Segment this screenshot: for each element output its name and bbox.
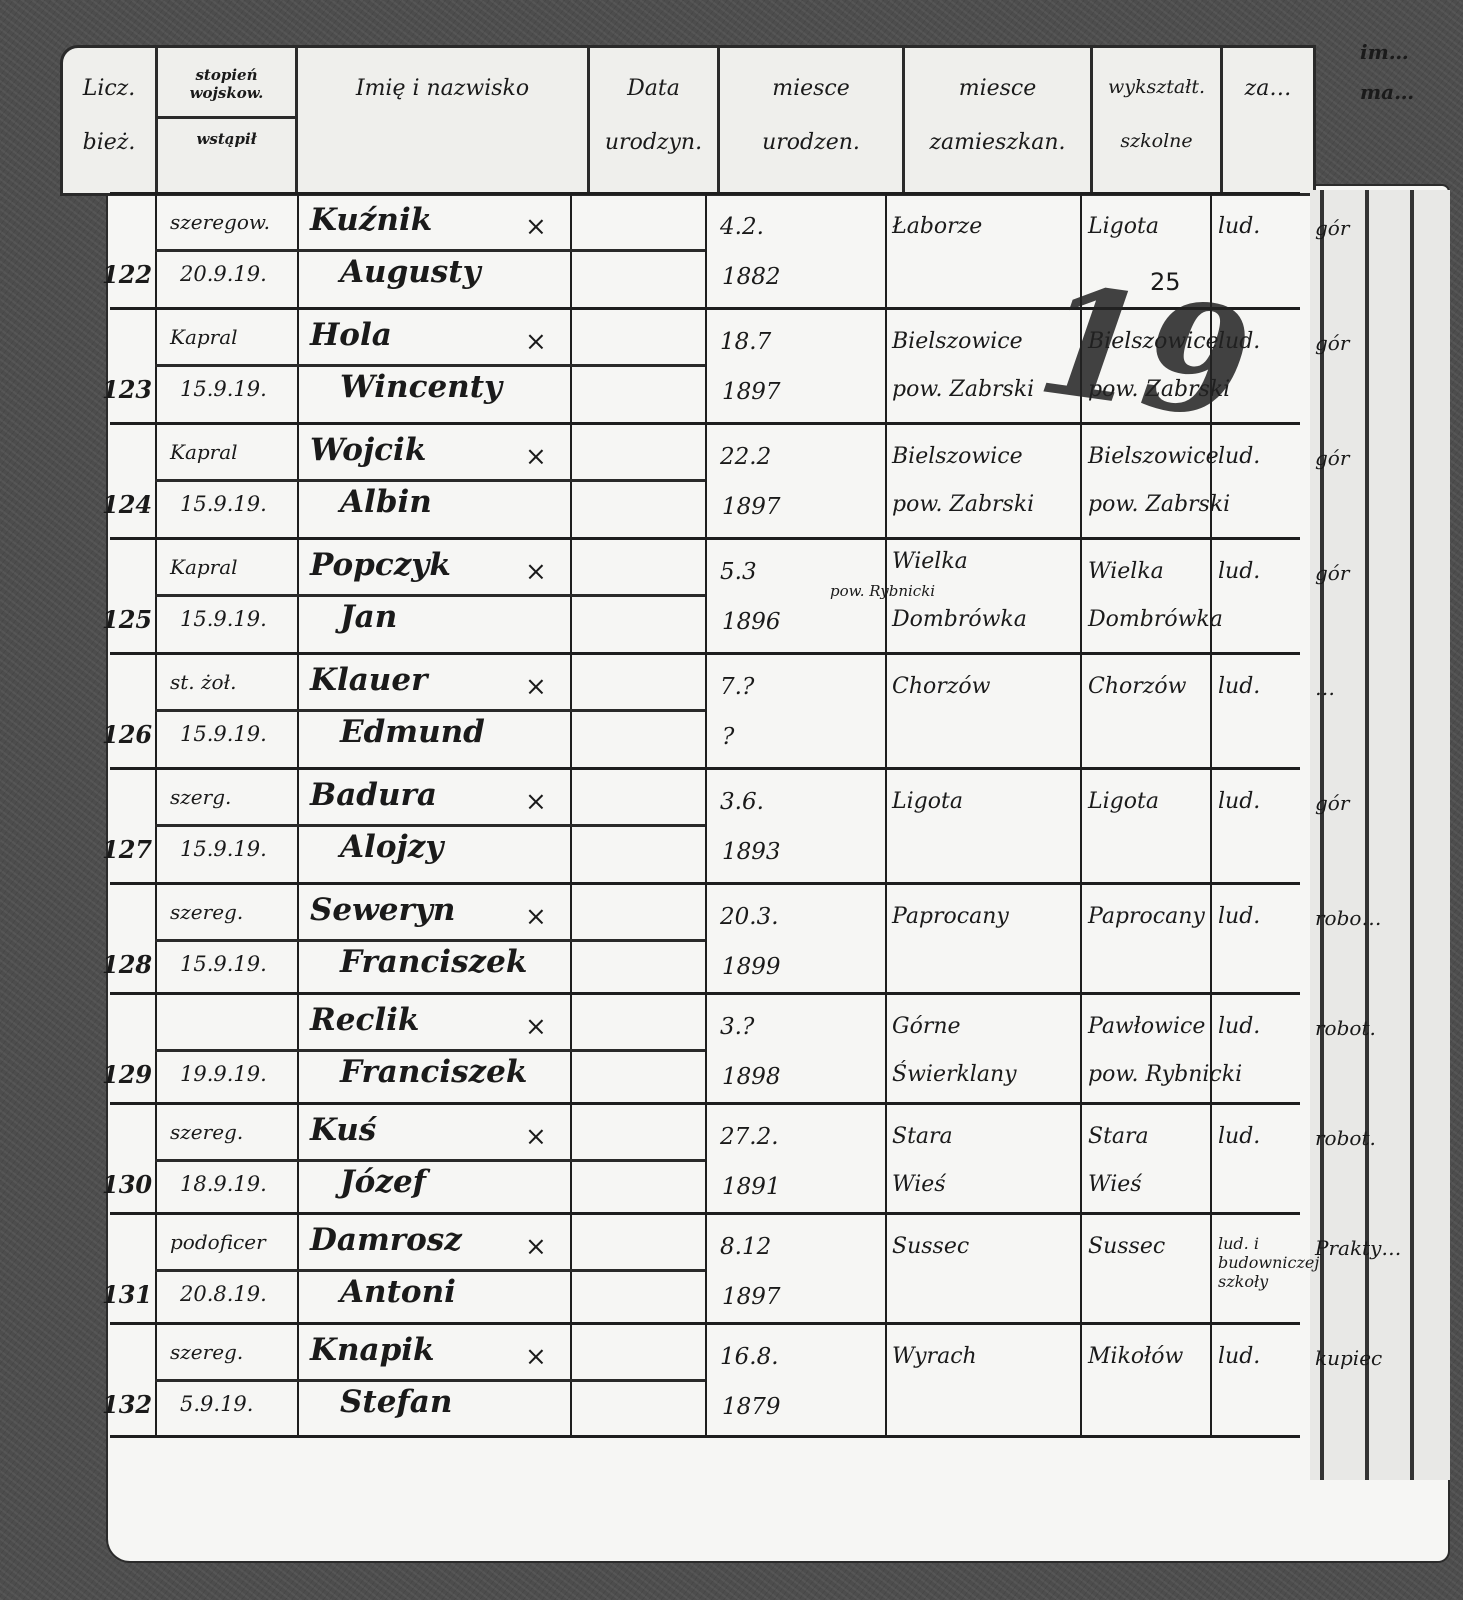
header-col-birthdate: Data urodzyn. [590,48,720,193]
enlistment-date: 15.9.19. [180,722,267,746]
birth-day: 3.6. [720,789,764,815]
row-number: 123 [102,375,152,404]
cross-mark: × [525,327,547,357]
birth-day: 7.? [720,674,754,700]
birthplace-line: pow. Zabrski [892,377,1034,402]
birth-year: 1896 [722,609,781,635]
cross-mark: × [525,1012,547,1042]
birth-year: 1898 [722,1064,781,1090]
cross-mark: × [525,787,547,817]
cross-mark: × [525,672,547,702]
occupation: gór [1315,331,1349,355]
row-number: 126 [102,720,152,749]
given-name: Stefan [340,1384,452,1420]
header-col-rank: stopień wojskow. wstąpił [158,48,298,193]
birth-day: 4.2. [720,214,764,240]
occupation: kupiec [1315,1346,1382,1370]
birthplace-line: pow. Zabrski [892,492,1034,517]
occupation: gór [1315,791,1349,815]
birth-year: 1891 [722,1174,781,1200]
surname: Seweryn [310,892,455,928]
birth-day: 27.2. [720,1124,779,1150]
surname: Badura [310,777,437,813]
row-number: 131 [102,1280,152,1309]
occupation: gór [1315,561,1349,585]
birth-year: 1893 [722,839,781,865]
residence-line: pow. Rybnicki [1088,1062,1242,1087]
table-bottom-rule [110,1435,1300,1438]
given-name: Franciszek [340,944,527,980]
military-rank: szereg. [170,900,243,924]
row-number: 122 [102,260,152,289]
birth-year: 1897 [722,1284,781,1310]
birth-day: 16.8. [720,1344,779,1370]
cross-mark: × [525,1232,547,1262]
header-col-number: Licz. bież. [63,48,158,193]
birth-day: 22.2 [720,444,771,470]
military-rank: st. żoł. [170,670,236,694]
enlistment-date: 19.9.19. [180,1062,267,1086]
military-rank: szeregow. [170,210,270,234]
residence-line: pow. Zabrski [1088,492,1230,517]
residence-line: Chorzów [1088,674,1186,699]
occupation: gór [1315,216,1349,240]
margin-note: 25 [1150,268,1181,296]
given-name: Antoni [340,1274,456,1310]
table-row: 127szerg.15.9.19.Badura×Alojzy3.6.1893Li… [110,767,1300,880]
given-name: Augusty [340,254,481,290]
birthplace-line: Wieś [892,1172,946,1197]
occupation: robot. [1315,1126,1376,1150]
table-row: 126st. żoł.15.9.19.Klauer×Edmund7.??Chor… [110,652,1300,765]
given-name: Franciszek [340,1054,527,1090]
given-name: Jan [340,599,397,635]
military-rank: Kapral [170,325,238,349]
birth-day: 3.? [720,1014,754,1040]
birthplace-line: pow. Rybnicki [830,582,935,600]
residence-line: Wielka [1088,559,1164,584]
enlistment-date: 18.9.19. [180,1172,267,1196]
birthplace-line: Wyrach [892,1344,977,1369]
header-col-occupation: za… [1223,48,1313,193]
enlistment-date: 15.9.19. [180,607,267,631]
residence-line: Ligota [1088,214,1159,239]
birthplace-line: Paprocany [892,904,1009,929]
surname: Damrosz [310,1222,462,1258]
surname: Klauer [310,662,427,698]
residence-line: Paprocany [1088,904,1205,929]
military-rank: szereg. [170,1120,243,1144]
header-col-education: wykształt. szkolne [1093,48,1223,193]
residence-line: Sussec [1088,1234,1165,1259]
surname: Knapik [310,1332,435,1368]
military-rank: szerg. [170,785,231,809]
enlistment-date: 15.9.19. [180,837,267,861]
military-rank: podoficer [170,1230,266,1254]
header-col-name: Imię i nazwisko [298,48,590,193]
enlistment-date: 5.9.19. [180,1392,253,1416]
military-rank: Kapral [170,440,238,464]
table-row: 12919.9.19.Reclik×Franciszek3.?1898Górne… [110,992,1300,1105]
birthplace-line: Bielszowice [892,329,1023,354]
table-row: 130szereg.18.9.19.Kuś×Józef27.2.1891Star… [110,1102,1300,1215]
enlistment-date: 20.8.19. [180,1282,267,1306]
residence-line: Stara [1088,1124,1149,1149]
enlistment-date: 20.9.19. [180,262,267,286]
header-col-birthplace: miesce urodzen. [720,48,905,193]
birthplace-line: Ligota [892,789,963,814]
header-col-residence: miesce zamieszkan. [905,48,1093,193]
row-number: 132 [102,1390,152,1419]
military-rank: szereg. [170,1340,243,1364]
birthplace-line: Dombrówka [892,607,1027,632]
birthplace-line: Górne [892,1014,961,1039]
enlistment-date: 15.9.19. [180,952,267,976]
given-name: Alojzy [340,829,443,865]
row-number: 125 [102,605,152,634]
row-number: 129 [102,1060,152,1089]
occupation: Prakty… [1315,1236,1401,1260]
birth-day: 5.3 [720,559,757,585]
surname: Reclik [310,1002,419,1038]
surname: Popczyk [310,547,451,583]
birth-year: 1882 [722,264,781,290]
table-row: 125Kapral15.9.19.Popczyk×Jan5.31896Wielk… [110,537,1300,650]
birthplace-line: Łaborze [892,214,982,239]
birthplace-line: Świerklany [892,1062,1017,1087]
birthplace-line: Bielszowice [892,444,1023,469]
header-divider [158,116,295,119]
cross-mark: × [525,902,547,932]
given-name: Albin [340,484,432,520]
cross-mark: × [525,1342,547,1372]
cross-mark: × [525,212,547,242]
birthplace-line: Chorzów [892,674,990,699]
birthplace-line: Stara [892,1124,953,1149]
cross-mark: × [525,442,547,472]
surname: Kuźnik [310,202,432,238]
birthplace-line: Sussec [892,1234,969,1259]
cross-mark: × [525,1122,547,1152]
given-name: Edmund [340,714,485,750]
surname: Wojcik [310,432,426,468]
row-number: 128 [102,950,152,979]
birth-year: 1897 [722,379,781,405]
residence-line: Ligota [1088,789,1159,814]
military-rank: Kapral [170,555,238,579]
birth-year: ? [722,724,734,750]
occupation: robo… [1315,906,1381,930]
row-number: 127 [102,835,152,864]
birth-day: 8.12 [720,1234,771,1260]
large-handwritten-stamp: 19 [1029,251,1260,454]
row-number: 130 [102,1170,152,1199]
row-number: 124 [102,490,152,519]
surname: Hola [310,317,392,353]
residence-line: Mikołów [1088,1344,1183,1369]
enlistment-date: 15.9.19. [180,492,267,516]
table-row: 131podoficer20.8.19.Damrosz×Antoni8.1218… [110,1212,1300,1325]
birthplace-line: Wielka [892,549,968,574]
given-name: Wincenty [340,369,502,405]
table-row: 132szereg.5.9.19.Knapik×Stefan16.8.1879W… [110,1322,1300,1435]
occupation: gór [1315,446,1349,470]
residence-line: Wieś [1088,1172,1142,1197]
birth-year: 1879 [722,1394,781,1420]
birth-year: 1899 [722,954,781,980]
birth-day: 18.7 [720,329,771,355]
column-header-strip: Licz. bież. stopień wojskow. wstąpił Imi… [60,45,1316,196]
table-row: 124Kapral15.9.19.Wojcik×Albin22.21897Bie… [110,422,1300,535]
birth-day: 20.3. [720,904,779,930]
enlistment-date: 15.9.19. [180,377,267,401]
birth-year: 1897 [722,494,781,520]
given-name: Józef [340,1164,426,1200]
occupation: robot. [1315,1016,1376,1040]
table-row: 128szereg.15.9.19.Seweryn×Franciszek20.3… [110,882,1300,995]
residence-line: Dombrówka [1088,607,1223,632]
residence-line: Pawłowice [1088,1014,1205,1039]
cross-mark: × [525,557,547,587]
occupation: … [1315,676,1335,700]
surname: Kuś [310,1112,376,1148]
